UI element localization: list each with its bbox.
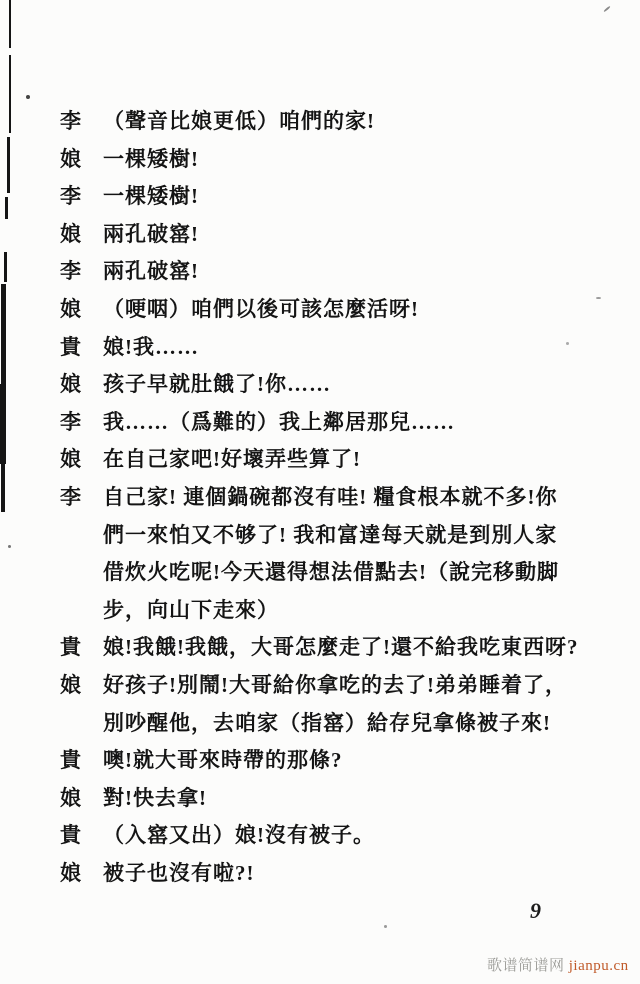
dialogue-text: 噢!就大哥來時帶的那條?	[103, 742, 600, 780]
dialogue-line: 娘 兩孔破窰!	[60, 216, 600, 254]
scan-speck	[603, 6, 610, 13]
dialogue-text: （聲音比娘更低）咱們的家!	[103, 103, 600, 141]
scan-artifact-line	[9, 0, 11, 48]
dialogue-line: 李 我……（爲難的）我上鄰居那兒……	[60, 404, 600, 442]
dialogue-text: 好孩子!別鬧!大哥給你拿吃的去了!弟弟睡着了，	[103, 667, 600, 705]
dialogue-line: 李 兩孔破窰!	[60, 253, 600, 291]
speaker-name: 娘	[60, 855, 103, 893]
scan-artifact-line	[0, 384, 6, 464]
dialogue-text: 們一來怕又不够了! 我和富達每天就是到別人家	[103, 517, 600, 555]
speaker-name: 李	[60, 178, 103, 216]
dialogue-line: 貴 娘!我……	[60, 329, 600, 367]
scan-artifact-line	[9, 55, 11, 133]
dialogue-line: 娘 被子也沒有啦?!	[60, 855, 600, 893]
dialogue-text: 娘!我餓!我餓，大哥怎麼走了!還不給我吃東西呀?	[103, 629, 600, 667]
scan-artifact-line	[1, 464, 5, 512]
watermark-site-url: jianpu.cn	[569, 958, 629, 974]
scanned-script-page: 李 （聲音比娘更低）咱們的家! 娘 一棵矮樹! 李 一棵矮樹! 娘 兩孔破窰! …	[0, 0, 640, 984]
speaker-name: 貴	[60, 817, 103, 855]
dialogue-text: 在自己家吧!好壞弄些算了!	[103, 441, 600, 479]
dialogue-text: 兩孔破窰!	[103, 253, 600, 291]
speaker-name: 貴	[60, 742, 103, 780]
watermark-site-name: 歌谱简谱网	[487, 958, 565, 974]
dialogue-line: 貴 （入窰又出）娘!沒有被子。	[60, 817, 600, 855]
dialogue-text: 孩子早就肚餓了!你……	[103, 366, 600, 404]
dialogue-line: 貴 娘!我餓!我餓，大哥怎麼走了!還不給我吃東西呀?	[60, 629, 600, 667]
speaker-name: 娘	[60, 780, 103, 818]
page-number: 9	[530, 898, 541, 924]
dialogue-text: 被子也沒有啦?!	[103, 855, 600, 893]
dialogue-text: 一棵矮樹!	[103, 178, 600, 216]
dialogue-text: 娘!我……	[103, 329, 600, 367]
dialogue-text: 借炊火吃呢!今天還得想法借點去!（說完移動脚	[103, 554, 600, 592]
watermark: 歌谱简谱网 jianpu.cn	[487, 954, 629, 975]
dialogue-text: 對!快去拿!	[103, 780, 600, 818]
scan-speck	[26, 95, 30, 99]
dialogue-block: 李 （聲音比娘更低）咱們的家! 娘 一棵矮樹! 李 一棵矮樹! 娘 兩孔破窰! …	[60, 103, 600, 892]
dialogue-line: 娘 一棵矮樹!	[60, 141, 600, 179]
dialogue-line: 娘 好孩子!別鬧!大哥給你拿吃的去了!弟弟睡着了， 別吵醒他，去咱家（指窰）給存…	[60, 667, 600, 742]
speaker-name: 娘	[60, 441, 103, 479]
dialogue-line: 貴 噢!就大哥來時帶的那條?	[60, 742, 600, 780]
dialogue-line: 娘 在自己家吧!好壞弄些算了!	[60, 441, 600, 479]
speaker-name: 貴	[60, 329, 103, 367]
scan-artifact-line	[1, 284, 6, 384]
speaker-name: 貴	[60, 629, 103, 667]
scan-speck	[8, 545, 11, 548]
dialogue-text: 別吵醒他，去咱家（指窰）給存兒拿條被子來!	[103, 705, 600, 743]
dialogue-line: 李 自己家! 連個鍋碗都沒有哇! 糧食根本就不多!你 們一來怕又不够了! 我和富…	[60, 479, 600, 629]
speaker-name: 娘	[60, 291, 103, 329]
dialogue-text: （入窰又出）娘!沒有被子。	[103, 817, 600, 855]
dialogue-line: 娘 （哽咽）咱們以後可該怎麼活呀!	[60, 291, 600, 329]
speaker-name: 李	[60, 404, 103, 442]
dialogue-line: 娘 對!快去拿!	[60, 780, 600, 818]
dialogue-text: 自己家! 連個鍋碗都沒有哇! 糧食根本就不多!你	[103, 479, 600, 517]
speaker-name: 娘	[60, 216, 103, 254]
dialogue-line: 娘 孩子早就肚餓了!你……	[60, 366, 600, 404]
scan-artifact-line	[4, 252, 7, 282]
scan-artifact-line	[5, 197, 8, 219]
dialogue-text: （哽咽）咱們以後可該怎麼活呀!	[103, 291, 600, 329]
speaker-name: 娘	[60, 141, 103, 179]
speaker-name: 李	[60, 103, 103, 141]
scan-artifact-line	[7, 137, 10, 193]
speaker-name: 李	[60, 479, 103, 517]
dialogue-text: 兩孔破窰!	[103, 216, 600, 254]
dialogue-line: 李 一棵矮樹!	[60, 178, 600, 216]
dialogue-text: 一棵矮樹!	[103, 141, 600, 179]
scan-speck	[384, 925, 387, 928]
dialogue-text: 我……（爲難的）我上鄰居那兒……	[103, 404, 600, 442]
speaker-name: 娘	[60, 667, 103, 705]
dialogue-line: 李 （聲音比娘更低）咱們的家!	[60, 103, 600, 141]
speaker-name: 李	[60, 253, 103, 291]
speaker-name: 娘	[60, 366, 103, 404]
dialogue-text: 步，向山下走來）	[103, 592, 600, 630]
